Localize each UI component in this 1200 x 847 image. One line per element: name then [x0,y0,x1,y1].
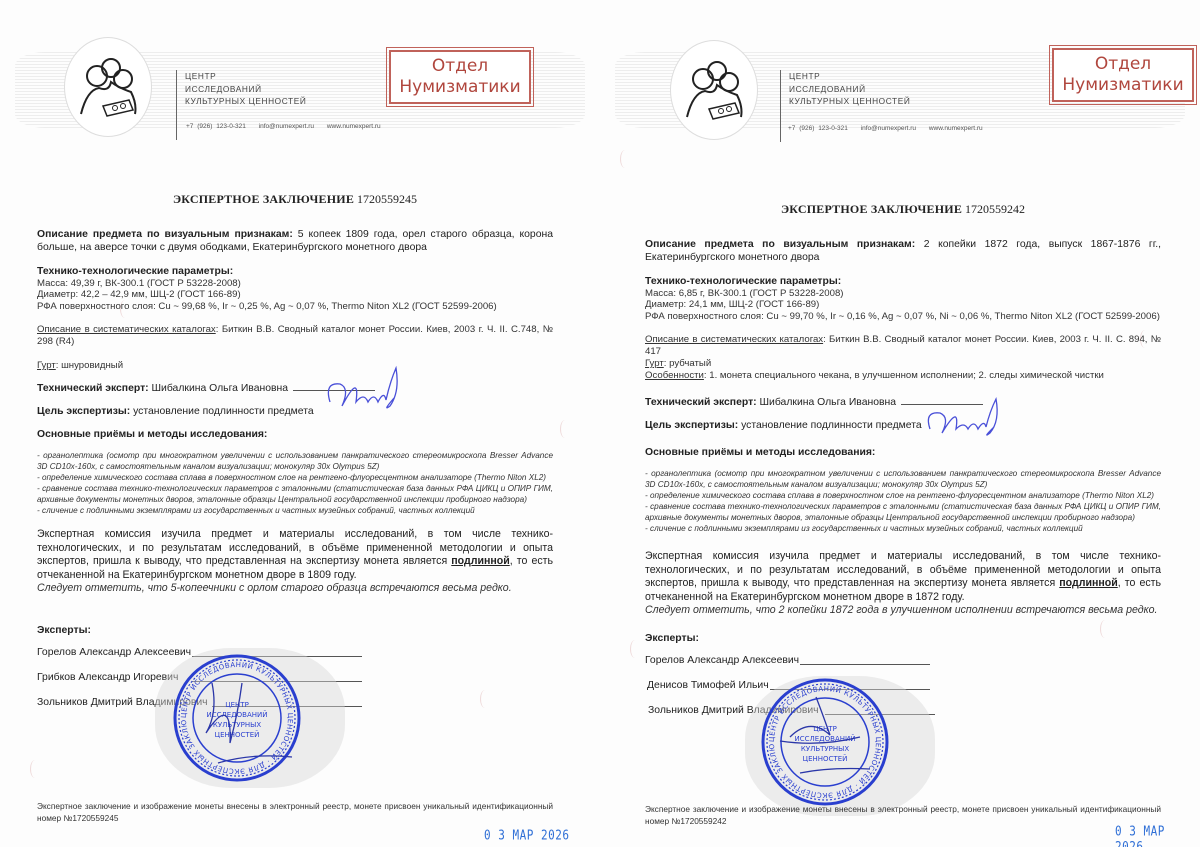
goal-label: Цель экспертизы: [645,420,738,431]
phone: +7 (926) 123-0-321 [186,123,246,130]
technical-expert: Технический эксперт: Шибалкина Ольга Ива… [37,382,553,395]
conclusion: Экспертная комиссия изучила предмет и ма… [37,528,553,596]
features-value: : 1. монета специального чекана, в улучш… [704,370,1104,381]
experts-label: Эксперты: [645,632,1161,645]
diameter-value: Диаметр: 42,2 – 42,9 мм, ШЦ-2 (ГОСТ 166-… [37,289,553,301]
method-item: - органолептика (осмотр при многократном… [645,468,1161,490]
certificate-body: ЭКСПЕРТНОЕ ЗАКЛЮЧЕНИЕ 1720559245 Описани… [37,193,553,721]
paper-fiber [630,640,640,658]
experts-examining-coins-illustration-icon [64,37,152,137]
registry-number: №1720559242 [671,816,726,826]
signature-line [800,664,930,665]
registry-note: Экспертное заключение и изображение моне… [37,800,553,824]
technical-parameters: Технико-технологические параметры: Масса… [37,266,553,312]
contacts: +7 (926) 123-0-321 info@numexpert.ru www… [186,123,390,130]
method-item: - органолептика (осмотр при многократном… [37,450,553,472]
department-line: Нумизматики [1054,75,1192,96]
methods-heading: Основные приёмы и методы исследования: [645,446,1161,459]
title-label: ЭКСПЕРТНОЕ ЗАКЛЮЧЕНИЕ [781,202,962,216]
org-name-line: ЦЕНТР [185,70,306,83]
diameter-value: Диаметр: 24,1 мм, ШЦ-2 (ГОСТ 166-89) [645,299,1161,311]
letterhead: ЦЕНТР ИССЛЕДОВАНИЙ КУЛЬТУРНЫХ ЦЕННОСТЕЙ … [600,0,1200,160]
tech-expert-name: Шибалкина Ольга Ивановна [152,383,289,394]
xrf-value: РФА поверхностного слоя: Cu ~ 99,68 %, I… [37,301,553,313]
document-title: ЭКСПЕРТНОЕ ЗАКЛЮЧЕНИЕ 1720559245 [37,193,553,206]
letterhead: ЦЕНТР ИССЛЕДОВАНИЙ КУЛЬТУРНЫХ ЦЕННОСТЕЙ … [0,0,600,160]
expert-row: Горелов Александр Алексеевич [645,654,1161,679]
contacts: +7 (926) 123-0-321 info@numexpert.ru www… [788,125,992,132]
edge-type: Гурт: рубчатый [645,358,1161,370]
method-item: - сличение с подлинными экземплярами из … [645,523,1161,534]
department-stamp: Отдел Нумизматики [1052,48,1194,102]
certificate-body: ЭКСПЕРТНОЕ ЗАКЛЮЧЕНИЕ 1720559242 Описани… [645,203,1161,729]
edge-label: Гурт [37,360,56,371]
date-stamp: 0 3 МАР 2026 [1115,823,1200,847]
department-line: Нумизматики [391,77,529,98]
svg-text:КУЛЬТУРНЫХ: КУЛЬТУРНЫХ [801,745,850,753]
rarity-note: Следует отметить, что 5-копеечники с орл… [37,582,512,594]
registry-note: Экспертное заключение и изображение моне… [645,803,1161,827]
features-label: Особенности [645,370,704,381]
website-link[interactable]: www.numexpert.ru [929,125,983,132]
paper-fiber [30,760,40,778]
goal-label: Цель экспертизы: [37,406,130,417]
round-seal-icon: ЦЕНТР ИССЛЕДОВАНИЙ КУЛЬТУРНЫХ ЦЕННОСТЕЙ … [760,677,890,807]
registry-number: №1720559245 [63,813,118,823]
expert-name: Горелов Александр Алексеевич [37,647,191,658]
features: Особенности: 1. монета специального чека… [645,370,1161,382]
org-name-line: КУЛЬТУРНЫХ ЦЕННОСТЕЙ [185,95,306,108]
goal-value: установление подлинности предмета [133,406,314,417]
catalog-reference: Описание в систематических каталогах: Би… [37,324,553,348]
examination-goal: Цель экспертизы: установление подлинност… [645,419,1161,432]
methods-list: - органолептика (осмотр при многократном… [645,468,1161,534]
department-line: Отдел [391,56,529,77]
tech-expert-name: Шибалкина Ольга Ивановна [760,397,897,408]
org-name-line: ИССЛЕДОВАНИЙ [789,83,910,96]
edge-value: : рубчатый [664,358,711,369]
org-name-line: ИССЛЕДОВАНИЙ [185,83,306,96]
method-item: - сравнение состава технико-технологичес… [37,483,553,505]
svg-text:ЦЕНТР: ЦЕНТР [225,701,249,709]
email-link[interactable]: info@numexpert.ru [259,123,314,130]
department-line: Отдел [1054,54,1192,75]
description-label: Описание предмета по визуальным признака… [645,239,915,250]
mass-value: Масса: 49,39 г, ВК-300.1 (ГОСТ Р 53228-2… [37,278,553,290]
expert-name: Денисов Тимофей Ильич [647,680,769,691]
org-name-line: ЦЕНТР [789,70,910,83]
signature-line [901,404,983,405]
svg-text:ЦЕННОСТЕЙ: ЦЕННОСТЕЙ [803,754,848,763]
title-label: ЭКСПЕРТНОЕ ЗАКЛЮЧЕНИЕ [173,192,354,206]
catalog-reference: Описание в систематических каталогах: Би… [645,334,1161,358]
verdict: подлинной [451,555,509,567]
phone: +7 (926) 123-0-321 [788,125,848,132]
experts-examining-coins-illustration-icon [670,40,758,140]
catalog-section: Описание в систематических каталогах: Би… [645,334,1161,382]
technical-parameters: Технико-технологические параметры: Масса… [645,276,1161,322]
methods-list: - органолептика (осмотр при многократном… [37,450,553,516]
xrf-value: РФА поверхностного слоя: Cu ~ 99,70 %, I… [645,311,1161,323]
catalog-label: Описание в систематических каталогах [37,324,216,335]
rarity-note: Следует отметить, что 2 копейки 1872 год… [645,604,1158,616]
technical-expert: Технический эксперт: Шибалкина Ольга Ива… [645,396,1161,409]
conclusion: Экспертная комиссия изучила предмет и ма… [645,550,1161,618]
mass-value: Масса: 6,85 г, ВК-300.1 (ГОСТ Р 53228-20… [645,288,1161,300]
params-label: Технико-технологические параметры: [37,266,553,278]
method-item: - сравнение состава технико-технологичес… [645,501,1161,523]
svg-text:ЦЕННОСТЕЙ: ЦЕННОСТЕЙ [215,730,260,739]
signature-line [293,390,375,391]
edge-type: Гурт: шнуровидный [37,360,553,372]
document-title: ЭКСПЕРТНОЕ ЗАКЛЮЧЕНИЕ 1720559242 [645,203,1161,216]
methods-heading: Основные приёмы и методы исследования: [37,428,553,441]
params-label: Технико-технологические параметры: [645,276,1161,288]
method-item: - определение химического состава сплава… [645,490,1161,501]
edge-label: Гурт [645,358,664,369]
tech-expert-label: Технический эксперт: [645,397,757,408]
catalog-label: Описание в систематических каталогах [645,334,823,345]
expert-name: Грибков Александр Игоревич [37,672,178,683]
edge-value: : шнуровидный [56,360,123,371]
expert-name: Горелов Александр Алексеевич [645,655,799,666]
item-description: Описание предмета по визуальным признака… [37,228,553,254]
goal-value: установление подлинности предмета [741,420,922,431]
email-link[interactable]: info@numexpert.ru [861,125,916,132]
certificate-number: 1720559245 [357,192,417,206]
paper-fiber [560,420,570,438]
svg-text:КУЛЬТУРНЫХ: КУЛЬТУРНЫХ [213,721,262,729]
expert-certificate-1: ЦЕНТР ИССЛЕДОВАНИЙ КУЛЬТУРНЫХ ЦЕННОСТЕЙ … [0,0,600,847]
item-description: Описание предмета по визуальным признака… [645,238,1161,264]
verdict: подлинной [1059,577,1117,589]
round-seal-icon: ЦЕНТР ИССЛЕДОВАНИЙ КУЛЬТУРНЫХ ЦЕННОСТЕЙ … [172,653,302,783]
method-item: - определение химического состава сплава… [37,472,553,483]
examination-goal: Цель экспертизы: установление подлинност… [37,405,553,418]
certificate-number: 1720559242 [965,202,1025,216]
tech-expert-label: Технический эксперт: [37,383,149,394]
experts-label: Эксперты: [37,624,553,637]
method-item: - сличение с подлинными экземплярами из … [37,505,553,516]
svg-text:ИССЛЕДОВАНИЙ: ИССЛЕДОВАНИЙ [794,734,855,743]
date-stamp: 0 3 МАР 2026 [484,828,569,844]
org-name-line: КУЛЬТУРНЫХ ЦЕННОСТЕЙ [789,95,910,108]
department-stamp: Отдел Нумизматики [389,50,531,104]
website-link[interactable]: www.numexpert.ru [327,123,381,130]
expert-certificate-2: ЦЕНТР ИССЛЕДОВАНИЙ КУЛЬТУРНЫХ ЦЕННОСТЕЙ … [600,0,1200,847]
description-label: Описание предмета по визуальным признака… [37,229,293,240]
